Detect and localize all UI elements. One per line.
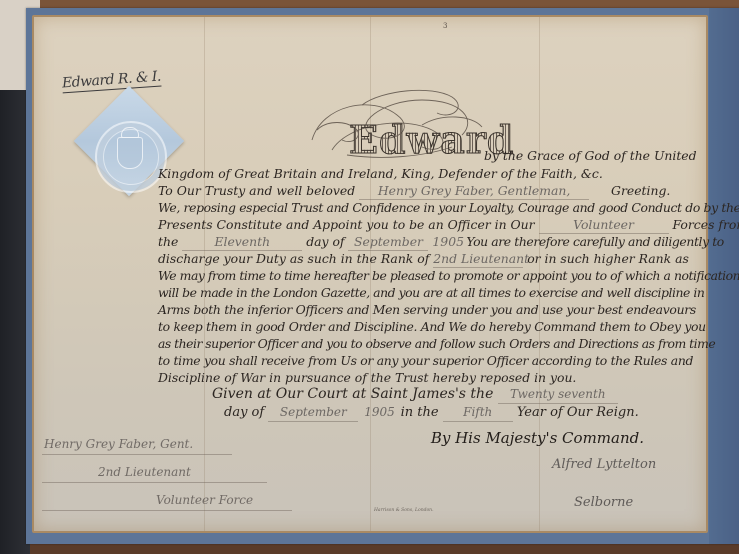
text-line-4: We, reposing especial Trust and Confiden…: [158, 199, 739, 216]
text-line-2: Kingdom of Great Britain and Ireland, Ki…: [158, 165, 603, 182]
text-presents-constitute: Presents Constitute and Appoint you to b…: [158, 217, 535, 232]
addressee-rule: [42, 510, 292, 511]
text-day-of-2: day of: [224, 405, 264, 420]
commission-document: 3 Edward R. & I. Edward by the Grace of …: [32, 15, 708, 533]
addressee-rule: [42, 454, 232, 455]
commission-month-field: September: [348, 233, 428, 251]
given-day-field: Twenty seventh: [498, 386, 618, 404]
text-line-3: To Our Trusty and well beloved Henry Gre…: [158, 182, 670, 200]
commission-day-field: Eleventh: [182, 233, 302, 251]
printer-mark: Harrison & Sons, London.: [374, 508, 434, 513]
text-given-at-court: Given at Our Court at Saint James's the: [212, 386, 493, 402]
text-line-7: discharge your Duty as such in the Rank …: [158, 250, 689, 268]
text-year-of-reign: Year of Our Reign.: [517, 405, 639, 420]
text-you-are-therefore: You are therefore carefully and diligent…: [466, 234, 724, 249]
recipient-field: Henry Grey Faber, Gentleman,: [359, 182, 589, 200]
commission-year-field: 1905: [432, 233, 462, 250]
text-line-11: to keep them in good Order and Disciplin…: [158, 318, 706, 335]
text-forces-from: Forces from: [673, 217, 739, 232]
text-line-9: will be made in the London Gazette, and …: [158, 284, 704, 301]
given-month-field: September: [268, 404, 358, 422]
text-line-day-of: day of September 1905 in the Fifth Year …: [224, 404, 639, 422]
page-number: 3: [443, 22, 447, 30]
text-discharge-duty: discharge your Duty as such in the Rank …: [158, 251, 429, 266]
text-the: the: [158, 234, 178, 249]
greeting-text: Greeting.: [611, 183, 670, 198]
text-line-10: Arms both the inferior Officers and Men …: [158, 301, 696, 318]
text-to-our-trusty: To Our Trusty and well beloved: [158, 183, 355, 198]
text-line-6: the Eleventh day of September 1905 You a…: [158, 233, 724, 251]
royal-sign-manual: Edward R. & I.: [61, 69, 161, 94]
text-line-5: Presents Constitute and Appoint you to b…: [158, 216, 739, 234]
addressee-rule: [42, 482, 267, 483]
text-line-1: by the Grace of God of the United: [484, 147, 697, 164]
force-field: Volunteer: [539, 216, 669, 234]
by-majestys-command: By His Majesty's Command.: [431, 429, 644, 447]
rank-field: 2nd Lieutenant: [433, 250, 523, 268]
shield-icon: [117, 137, 143, 169]
given-year-field: 1905: [362, 404, 396, 421]
text-line-14: Discipline of War in pursuance of the Tr…: [158, 369, 576, 386]
reign-year-field: Fifth: [443, 404, 513, 422]
text-day-of: day of: [306, 234, 344, 249]
countersignature-2: Selborne: [574, 495, 633, 510]
text-line-given: Given at Our Court at Saint James's the …: [212, 386, 618, 404]
text-higher-rank: or in such higher Rank as: [527, 251, 689, 266]
countersignature-1: Alfred Lyttelton: [552, 457, 656, 472]
text-in-the: in the: [401, 405, 439, 420]
addressee-name: Henry Grey Faber, Gent.: [44, 437, 193, 451]
addressee-force: Volunteer Force: [156, 493, 253, 507]
text-line-13: to time you shall receive from Us or any…: [158, 352, 693, 369]
text-line-12: as their superior Officer and you to obs…: [158, 335, 715, 352]
text-line-8: We may from time to time hereafter be pl…: [158, 267, 739, 284]
addressee-rank: 2nd Lieutenant: [98, 465, 191, 479]
